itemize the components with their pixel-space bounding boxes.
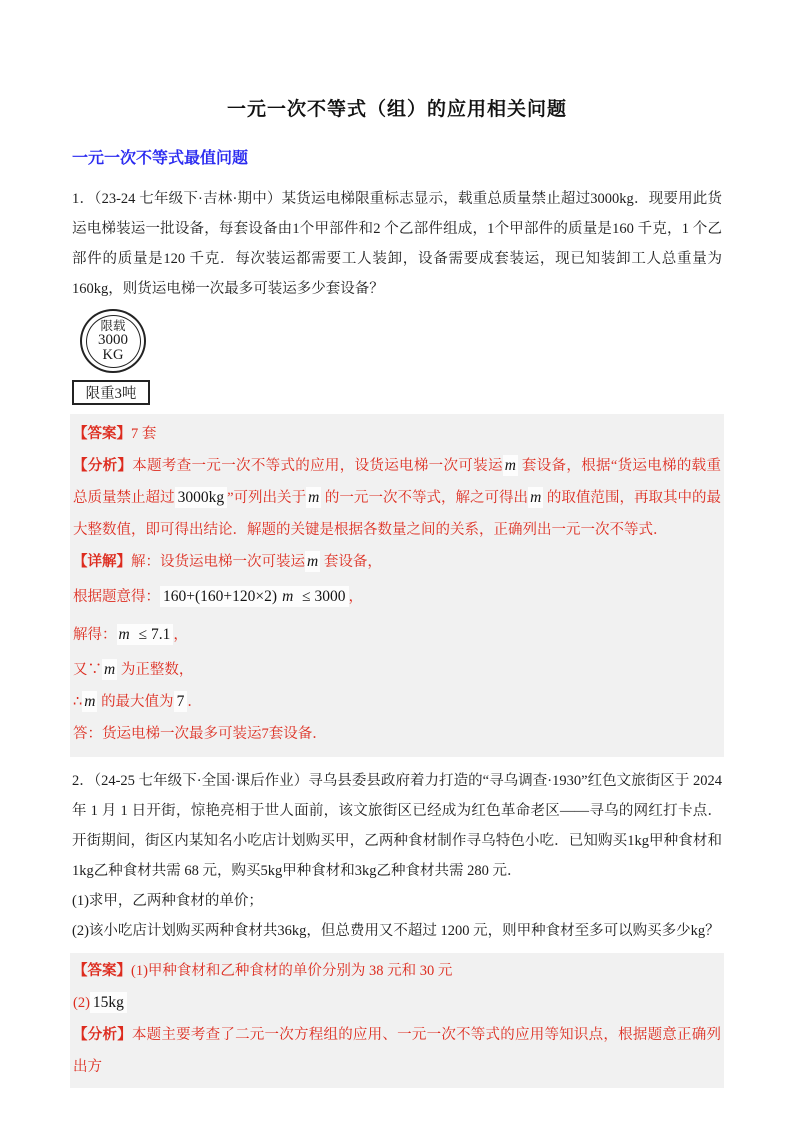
text-segment: 7 [174,691,188,712]
text-segment: m [528,487,543,508]
max-value-line: ∴m 的最大值为7． [73,686,721,718]
weight-limit-sign: 限载 3000 KG 限重3吨 [72,309,722,405]
text-segment: m [503,455,518,476]
sign-text-line3: KG [103,348,124,363]
text-segment: 为正整数， [117,662,193,678]
problem-2-solution-block: 【答案】(1)甲种食材和乙种食材的单价分别为 38 元和 30 元 (2)15k… [70,953,724,1088]
document-page: 一元一次不等式（组）的应用相关问题 一元一次不等式最值问题 1．（23-24 七… [0,0,793,1122]
text-segment: 【分析】 [73,458,132,474]
text-segment: 【详解】 [73,554,131,570]
answer-line-2b: (2)15kg [73,987,721,1019]
problem-2-question-1: (1)求甲，乙两种食材的单价； [72,886,722,916]
doc-title: 一元一次不等式（组）的应用相关问题 [72,96,722,124]
integer-condition-line: 又∵m 为正整数， [73,654,721,686]
text-segment: 【答案】 [73,426,131,442]
text-segment: m [280,586,295,607]
text-segment: 3000kg [175,487,228,508]
weight-limit-plate: 限重3吨 [72,380,150,405]
text-segment: 160+(160+120×2) [160,586,280,607]
sign-text-line2: 3000 [98,333,128,348]
text-segment: m [82,691,97,712]
text-segment: (2) [73,995,90,1011]
text-segment: ≤ 3000 [295,586,348,607]
page-content: 一元一次不等式（组）的应用相关问题 一元一次不等式最值问题 1．（23-24 七… [0,0,793,1088]
problem-2-question-2: (2)该小吃店计划购买两种食材共36kg，但总费用又不超过 1200 元，则甲种… [72,916,722,946]
text-segment: 套设备． [269,726,327,742]
text-segment: ， [173,627,188,643]
weight-limit-circle-inner: 限载 3000 KG [86,315,141,368]
text-segment: ， [349,589,364,605]
text-segment: m [306,487,321,508]
weight-limit-circle-sign: 限载 3000 KG [80,309,146,373]
text-segment: 【分析】 [73,1027,132,1043]
problem-1-solution-block: 【答案】7 套 【分析】本题考查一元一次不等式的应用，设货运电梯一次可装运m 套… [70,414,724,757]
conclusion-line: 答：货运电梯一次最多可装运7套设备． [73,718,721,750]
problem-2-stem: 2．（24-25 七年级下·全国·课后作业）寻乌县委县政府着力打造的“寻乌调查·… [72,766,722,886]
answer-line-1: 【答案】7 套 [73,418,721,450]
text-segment: 的最大值为 [97,694,173,710]
text-segment: 又∵ [73,662,102,678]
text-segment: m [117,624,132,645]
text-segment: 15kg [90,992,127,1013]
sign-text-line1: 限载 [100,320,125,333]
text-segment: 根据题意得： [73,589,160,605]
text-segment: 【答案】 [73,963,131,979]
equation-line: 根据题意得：160+(160+120×2)m ≤ 3000， [73,578,721,616]
text-segment: 解：设货运电梯一次可装运 [131,554,305,570]
text-segment: 7 [262,726,269,742]
problem-1-stem: 1．（23-24 七年级下·吉林·期中）某货运电梯限重标志显示，载重总质量禁止超… [72,184,722,304]
solve-line: 解得：m ≤ 7.1， [73,616,721,654]
text-segment: 本题考查一元一次不等式的应用，设货运电梯一次可装运 [132,458,502,474]
detail-intro-line: 【详解】解：设货运电梯一次可装运m 套设备， [73,546,721,578]
text-segment: ． [187,694,202,710]
text-segment: 解得： [73,627,117,643]
text-segment: 套设备， [320,554,382,570]
text-segment: 套 [138,426,156,442]
text-segment: (1)甲种食材和乙种食材的单价分别为 38 元和 30 元 [131,963,452,979]
text-segment: ≤ 7.1 [132,624,174,645]
text-segment: ”可列出关于 [227,490,306,506]
answer-line-2a: 【答案】(1)甲种食材和乙种食材的单价分别为 38 元和 30 元 [73,955,721,987]
text-segment: 答：货运电梯一次最多可装运 [73,726,262,742]
text-segment: 本题主要考查了二元一次方程组的应用、一元一次不等式的应用等知识点，根据题意正确列… [73,1027,721,1075]
text-segment: 的一元一次不等式，解之可得出 [321,490,528,506]
section-heading: 一元一次不等式最值问题 [72,148,722,170]
text-segment: m [305,551,320,572]
analysis-paragraph-1: 【分析】本题考查一元一次不等式的应用，设货运电梯一次可装运m 套设备，根据“货运… [73,450,721,546]
analysis-line-2: 【分析】本题主要考查了二元一次方程组的应用、一元一次不等式的应用等知识点，根据题… [73,1019,721,1083]
text-segment: ∴ [73,694,82,710]
text-segment: m [102,659,117,680]
